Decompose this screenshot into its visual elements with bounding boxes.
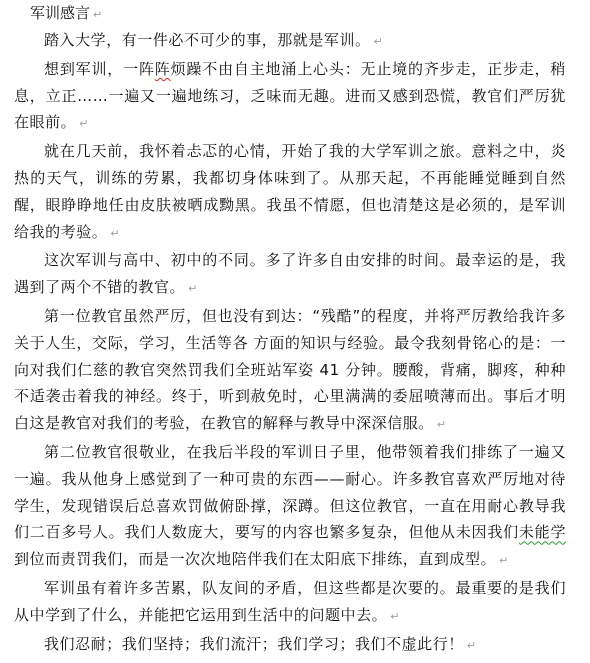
paragraph-text: 第一位教官虽然严厉，但也没有到达：“残酷”的程度，并将严厉教给我许多关于人生，交…: [14, 307, 566, 432]
paragraph-mark-icon: ↵: [110, 227, 119, 240]
paragraph-mark-icon: ↵: [390, 610, 399, 623]
document-page: 军训感言↵ 踏入大学，有一件必不可少的事，那就是军训。↵ 想到军训，一阵阵烦躁不…: [14, 0, 566, 659]
paragraph-mark-icon: ↵: [374, 35, 383, 48]
paragraph-7: 军训虽有着许多苦累，队友间的矛盾，但这些都是次要的。最重要的是我们从中学到了什么…: [14, 575, 566, 631]
paragraph-text: 到位而责罚我们，而是一次次地陪伴我们在太阳底下排练，直到成型。: [14, 550, 496, 568]
paragraph-1: 踏入大学，有一件必不可少的事，那就是军训。↵: [14, 27, 566, 56]
paragraph-text: 我们忍耐；我们坚持；我们流汗；我们学习；我们不虚此行！: [44, 635, 464, 653]
paragraph-mark-icon: ↵: [437, 418, 446, 431]
paragraph-2: 想到军训，一阵阵烦躁不由自主地涌上心头：无止境的齐步走，正步走，稍息，立正……一…: [14, 56, 566, 138]
paragraph-text: 第二位教官很敬业，在我后半段的军训日子里，他带领着我们排练了一遍又一遍。我从他身…: [14, 443, 566, 541]
title-text: 军训感言: [30, 4, 90, 22]
paragraph-text: 踏入大学，有一件必不可少的事，那就是军训。: [44, 31, 371, 49]
paragraph-mark-icon: ↵: [467, 639, 476, 652]
paragraph-8: 我们忍耐；我们坚持；我们流汗；我们学习；我们不虚此行！↵: [14, 631, 566, 660]
paragraph-4: 这次军训与高中、初中的不同。多了许多自由安排的时间。最幸运的是，我遇到了两个不错…: [14, 247, 566, 303]
paragraph-mark-icon: ↵: [79, 117, 88, 130]
paragraph-5: 第一位教官虽然严厉，但也没有到达：“残酷”的程度，并将严厉教给我许多关于人生，交…: [14, 303, 566, 439]
paragraph-3: 就在几天前，我怀着忐忑的心情，开始了我的大学军训之旅。意料之中，炎热的天气，训练…: [14, 138, 566, 247]
paragraph-mark-icon: ↵: [188, 282, 197, 295]
paragraph-text: 这次军训与高中、初中的不同。多了许多自由安排的时间。最幸运的是，我遇到了两个不错…: [14, 251, 566, 296]
paragraph-mark-icon: ↵: [499, 554, 508, 567]
paragraph-6: 第二位教官很敬业，在我后半段的军训日子里，他带领着我们排练了一遍又一遍。我从他身…: [14, 439, 566, 575]
paragraph-text: 就在几天前，我怀着忐忑的心情，开始了我的大学军训之旅。意料之中，炎热的天气，训练…: [14, 142, 566, 240]
paragraph-mark-icon: ↵: [93, 8, 102, 21]
paragraph-text: 军训虽有着许多苦累，队友间的矛盾，但这些都是次要的。最重要的是我们从中学到了什么…: [14, 579, 566, 624]
document-title: 军训感言↵: [14, 0, 566, 27]
spelling-error-mark[interactable]: 阵: [155, 60, 171, 78]
grammar-error-mark[interactable]: 未能学: [519, 523, 566, 541]
paragraph-text: 想到军训，一阵: [44, 60, 155, 78]
